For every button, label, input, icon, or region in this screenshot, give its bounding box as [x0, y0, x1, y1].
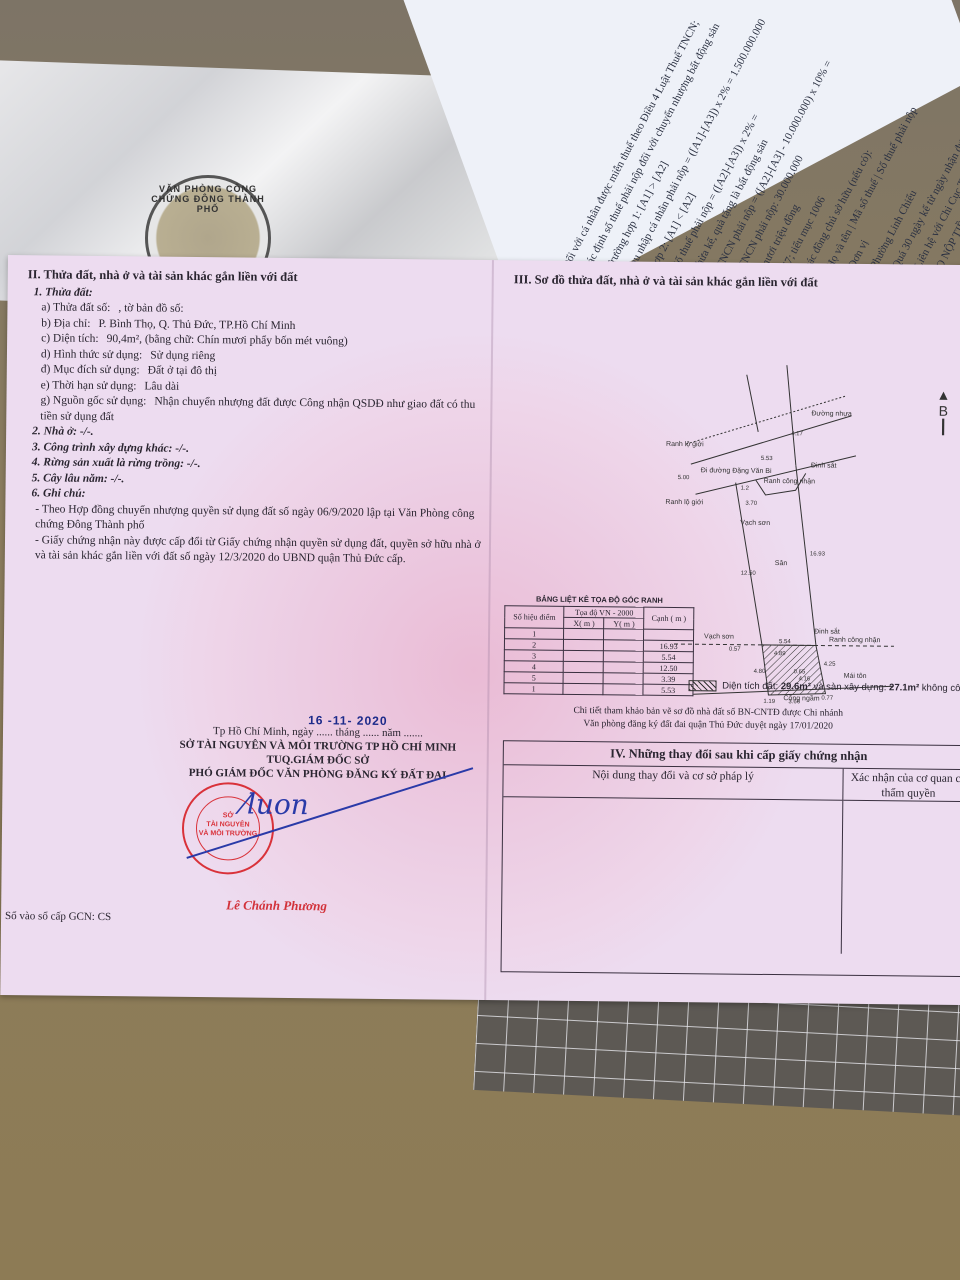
floor-area: 27.1m²: [889, 682, 919, 693]
coord-cell-point: 5: [504, 672, 564, 684]
coord-cell-edge: 12.50: [643, 662, 693, 674]
handwritten-signature: ⁄luon: [242, 787, 309, 821]
coord-cell-x: [564, 661, 604, 672]
dimension-label: 5.53: [761, 456, 773, 462]
coord-cell-edge: 5.53: [643, 684, 693, 696]
diagram-label-iron-nail-top: Đinh sắt: [811, 460, 837, 469]
signature-block: Tp Hồ Chí Minh, ngày ...... tháng ......…: [153, 712, 484, 783]
land-fields: a) Thửa đất số:, tờ bản đồ số:b) Địa chỉ…: [26, 300, 487, 429]
section-4-changes-table: IV. Những thay đổi sau khi cấp giấy chứn…: [501, 740, 960, 977]
coord-cell-x: [564, 639, 604, 650]
field-label: b) Địa chỉ:: [41, 316, 90, 332]
field-value: Đất ở tại đô thị: [148, 364, 217, 377]
coord-cell-point: 1: [504, 683, 564, 695]
dimension-label: 3.66: [788, 699, 800, 705]
note-1: - Theo Hợp đồng chuyển nhượng quyền sử d…: [35, 502, 485, 538]
section-2: II. Thửa đất, nhà ở và tài sản khác gắn …: [25, 267, 488, 568]
dimension-label: 16.93: [810, 551, 826, 557]
dimension-label: 5.00: [678, 475, 690, 481]
field-label: a) Thửa đất số:: [41, 300, 110, 316]
changes-col-content: Nội dung thay đổi và cơ sở pháp lý: [503, 765, 842, 801]
coord-cell-point: 1: [505, 628, 565, 640]
field-label: đ) Mục đích sử dụng:: [41, 362, 140, 379]
field-label: g) Nguồn gốc sử dụng:: [40, 393, 146, 410]
coordinate-row: 15.53: [504, 683, 693, 696]
changes-col-confirmation: Xác nhận của cơ quan có thẩm quyền: [843, 769, 960, 802]
field-value: 90,4m², (bằng chữ: Chín mươi phẩy bốn mé…: [107, 333, 348, 348]
col-y: Y( m ): [604, 618, 644, 629]
reference-line-2: Văn phòng đăng ký đất đai quận Thủ Đức d…: [543, 718, 873, 734]
note-2: - Giấy chứng nhận này được cấp đổi từ Gi…: [35, 533, 485, 569]
diagram-label-road-boundary-top: Ranh lộ giới: [666, 441, 704, 448]
diagram-label-road-boundary-bottom: Ranh lộ giới: [665, 499, 703, 506]
field-label: e) Thời hạn sử dụng:: [41, 378, 137, 395]
dimension-label: 4.89: [774, 651, 786, 657]
land-area: 29.6m²: [781, 681, 811, 692]
col-point: Số hiệu điểm: [505, 606, 565, 629]
coord-cell-edge: 3.39: [643, 673, 693, 685]
hatch-swatch-icon: [688, 680, 716, 691]
register-number: Sổ vào sổ cấp GCN: CS: [5, 910, 111, 923]
dimension-label: 4.17: [791, 431, 803, 437]
coord-cell-point: 4: [504, 661, 564, 673]
field-value: Sử dụng riêng: [150, 349, 215, 362]
field-label: d) Hình thức sử dụng:: [41, 347, 142, 364]
coord-cell-point: 2: [504, 639, 564, 651]
coord-cell-y: [604, 629, 644, 640]
diagram-label-iron-nail-bottom: Đinh sắt: [814, 626, 840, 635]
coord-cell-y: [604, 640, 644, 651]
land-use-certificate: II. Thửa đất, nhà ở và tài sản khác gắn …: [0, 255, 960, 1005]
coord-cell-point: 3: [504, 650, 564, 662]
col-edge: Cạnh ( m ): [644, 607, 694, 630]
coordinate-table-title: BẢNG LIỆT KÊ TỌA ĐỘ GÓC RANH: [504, 594, 694, 605]
col-x: X( m ): [564, 617, 604, 628]
dimension-label: 4.80: [754, 669, 766, 675]
coord-cell-edge: 5.54: [644, 651, 694, 663]
diagram-label-recognized-boundary-top: Ranh công nhận: [764, 478, 816, 486]
dimension-label: 5.54: [779, 639, 791, 645]
dimension-label: 12.50: [741, 571, 757, 577]
tax-notice-text: Đối với cá nhân được miễn thuế theo Điều…: [540, 0, 960, 270]
signer-name: Lê Chánh Phương: [226, 897, 327, 914]
field-label: c) Diện tích:: [41, 331, 99, 347]
dimension-label: 1.19: [763, 699, 775, 705]
diagram-label-yard: Sân: [775, 560, 788, 567]
dimension-label: 4.25: [824, 662, 836, 668]
diagram-label-paint-line-bottom: Vạch sơn: [704, 633, 734, 640]
coord-cell-x: [563, 672, 603, 683]
coordinate-table: BẢNG LIỆT KÊ TỌA ĐỘ GÓC RANH Số hiệu điể…: [503, 594, 694, 696]
coord-cell-edge: 16.93: [644, 640, 694, 652]
field-value: Lâu dài: [144, 380, 179, 392]
legend-prefix: Diện tích đất:: [722, 681, 778, 693]
diagram-label-road-name: Đi đường Đặng Văn Bi: [701, 467, 772, 475]
diagram-label-recognized-boundary-bottom: Ranh công nhận: [829, 637, 881, 645]
section-3: III. Sơ đồ thửa đất, nhà ở và tài sản kh…: [508, 272, 958, 292]
diagram-label-asphalt: Đường nhựa: [811, 410, 852, 417]
coord-cell-x: [563, 683, 603, 694]
dimension-label: 0.57: [729, 647, 741, 653]
coord-cell-x: [564, 628, 604, 639]
legend-suffix: không công nhận: [922, 683, 960, 695]
field-value: , tờ bản đồ số:: [118, 302, 183, 315]
dimension-label: 3.70: [745, 501, 757, 507]
coord-cell-y: [603, 673, 643, 684]
notary-seal-text: VĂN PHÒNG CÔNG CHỨNG ĐÔNG THÀNH PHỐ: [148, 184, 268, 214]
dimension-label: 1.2: [741, 486, 750, 492]
coord-cell-edge: [644, 629, 694, 641]
coord-cell-y: [604, 651, 644, 662]
coord-cell-y: [603, 684, 643, 695]
diagram-label-tin-roof: Mái tôn: [844, 673, 867, 680]
coord-cell-y: [604, 662, 644, 673]
section-3-title: III. Sơ đồ thửa đất, nhà ở và tài sản kh…: [514, 272, 958, 292]
col-vn2000: Tọa độ VN - 2000: [564, 606, 644, 618]
field-value: P. Bình Thọ, Q. Thủ Đức, TP.Hồ Chí Minh: [98, 317, 295, 331]
drawing-reference: Chi tiết tham khảo bản vẽ sơ đồ nhà đất …: [543, 705, 873, 734]
dimension-label: 0.65: [794, 669, 806, 675]
diagram-label-paint-line-side: Vạch sơn: [740, 520, 770, 527]
legend-mid: và sàn xây dựng:: [813, 681, 886, 693]
land-field: g) Nguồn gốc sử dụng:Nhận chuyển nhượng …: [40, 393, 486, 429]
dimension-label: 0.77: [821, 696, 833, 702]
coord-cell-x: [564, 650, 604, 661]
